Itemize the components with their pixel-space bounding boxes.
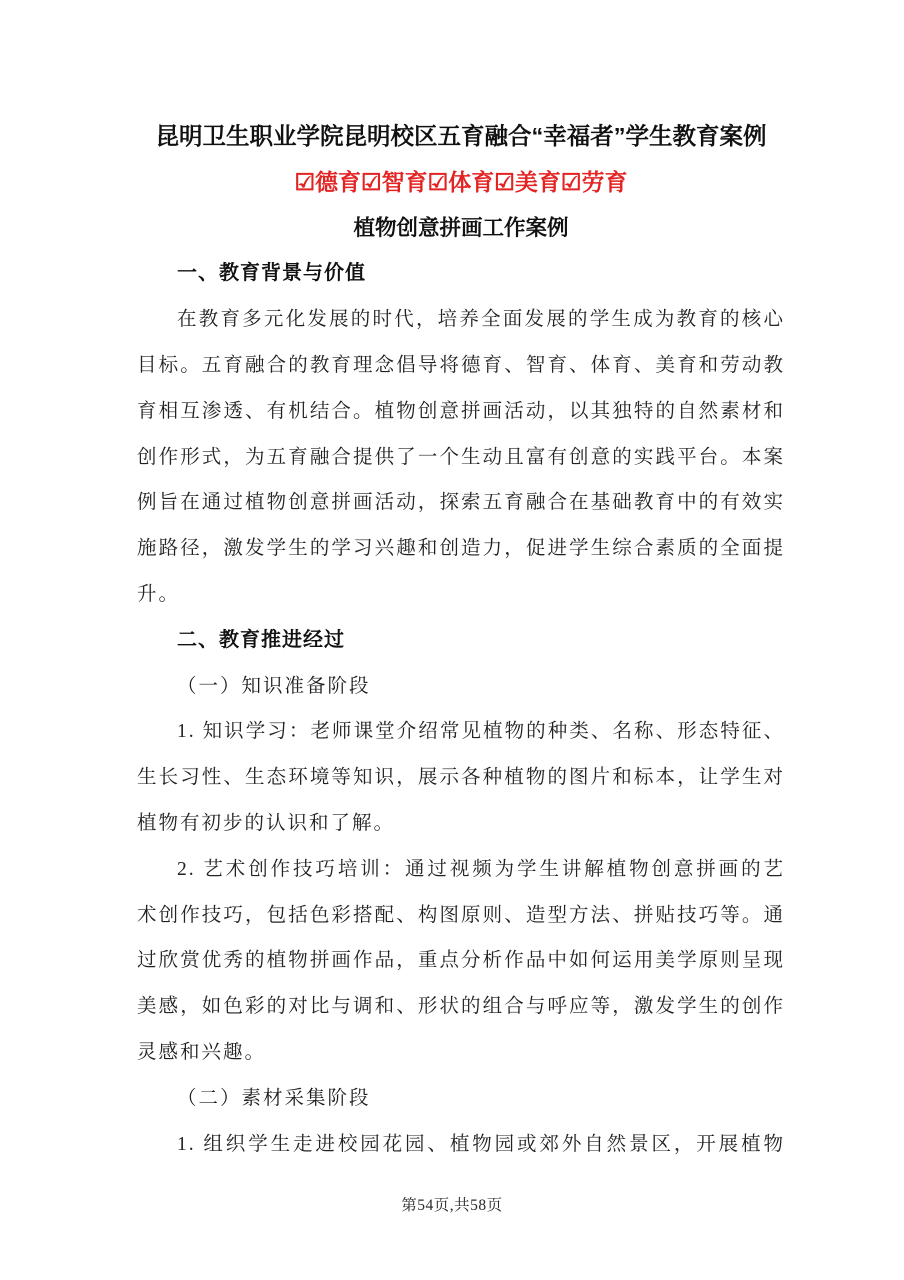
document-subtitle: 植物创意拼画工作案例 (137, 206, 785, 252)
body-line: 目标。五育融合的教育理念倡导将德育、智育、体育、美育和劳动教 (137, 343, 785, 389)
body-line: 1. 知识学习：老师课堂介绍常见植物的种类、名称、形态特征、 (137, 709, 785, 755)
document-content: 昆明卫生职业学院昆明校区五育融合“幸福者”学生教育案例 ☑德育☑智育☑体育☑美育… (137, 114, 785, 1167)
body-line: 创作形式，为五育融合提供了一个生动且富有创意的实践平台。本案 (137, 435, 785, 481)
body-line: 过欣赏优秀的植物拼画作品，重点分析作品中如何运用美学原则呈现 (137, 938, 785, 984)
document-title: 昆明卫生职业学院昆明校区五育融合“幸福者”学生教育案例 (137, 114, 785, 160)
section-heading: 一、教育背景与价值 (137, 251, 785, 297)
body-line: 术创作技巧，包括色彩搭配、构图原则、造型方法、拼贴技巧等。通 (137, 893, 785, 939)
body-line: 育相互渗透、有机结合。植物创意拼画活动，以其独特的自然素材和 (137, 389, 785, 435)
subsection-heading: （一）知识准备阶段 (137, 664, 785, 710)
body-line: 例旨在通过植物创意拼画活动，探索五育融合在基础教育中的有效实 (137, 480, 785, 526)
body-line: 升。 (137, 572, 785, 618)
document-body: 一、教育背景与价值在教育多元化发展的时代，培养全面发展的学生成为教育的核心目标。… (137, 251, 785, 1167)
body-line: 美感，如色彩的对比与调和、形状的组合与呼应等，激发学生的创作 (137, 984, 785, 1030)
subsection-heading: （二）素材采集阶段 (137, 1076, 785, 1122)
five-educations-checkline: ☑德育☑智育☑体育☑美育☑劳育 (137, 160, 785, 206)
document-page: 昆明卫生职业学院昆明校区五育融合“幸福者”学生教育案例 ☑德育☑智育☑体育☑美育… (0, 0, 904, 1280)
body-line: 灵感和兴趣。 (137, 1030, 785, 1076)
body-line: 施路径，激发学生的学习兴趣和创造力，促进学生综合素质的全面提 (137, 526, 785, 572)
section-heading: 二、教育推进经过 (137, 618, 785, 664)
body-line: 生长习性、生态环境等知识，展示各种植物的图片和标本，让学生对 (137, 755, 785, 801)
page-number-footer: 第54页,共58页 (0, 1193, 904, 1215)
body-line: 1. 组织学生走进校园花园、植物园或郊外自然景区，开展植物 (137, 1122, 785, 1168)
body-line: 2. 艺术创作技巧培训：通过视频为学生讲解植物创意拼画的艺 (137, 847, 785, 893)
body-line: 植物有初步的认识和了解。 (137, 801, 785, 847)
body-line: 在教育多元化发展的时代，培养全面发展的学生成为教育的核心 (137, 297, 785, 343)
